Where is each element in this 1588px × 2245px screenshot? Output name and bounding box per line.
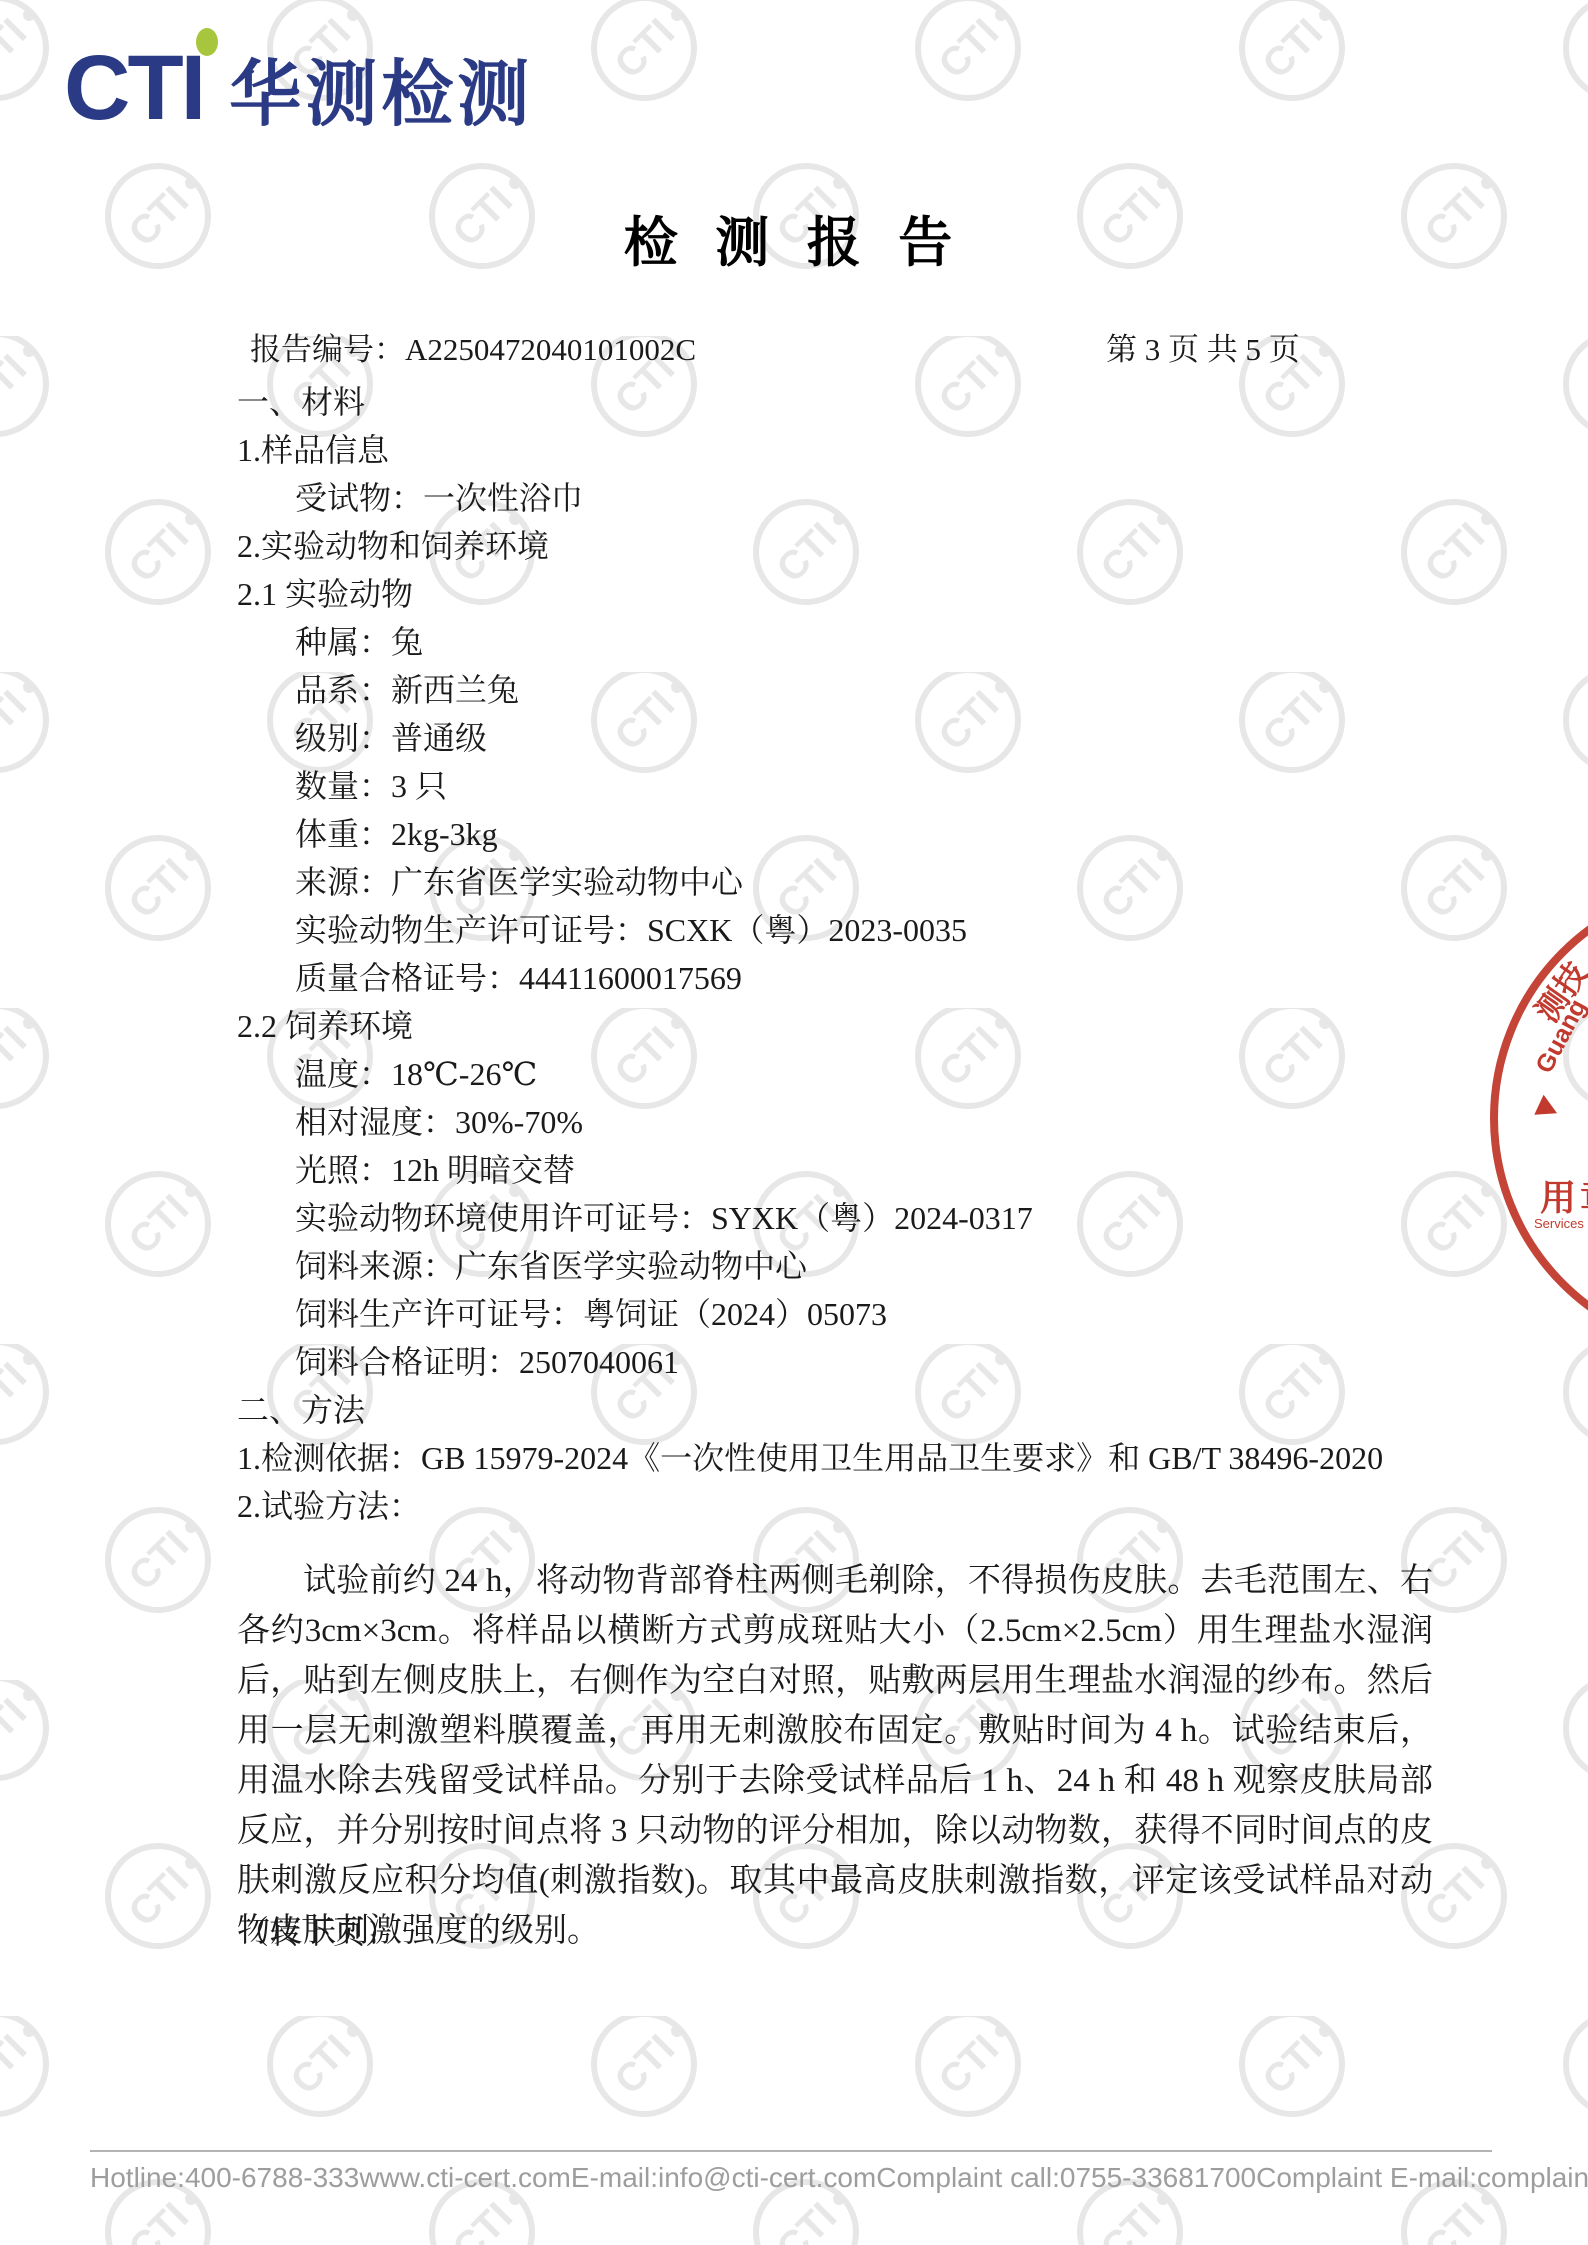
seal-text-bottom: 用章 [1540, 1170, 1588, 1221]
body-line: 饲料生产许可证号：粤饲证（2024）05073 [237, 1290, 1433, 1338]
body-line-text: 体重：2kg-3kg [295, 816, 498, 852]
footer-contact-item: Complaint E-mail:complaint@cti-cert.com [1256, 2162, 1588, 2194]
body-line: 光照：12h 明暗交替 [237, 1146, 1433, 1194]
body-line: 实验动物环境使用许可证号：SYXK（粤）2024-0317 [237, 1194, 1433, 1242]
body-line-text: 饲料来源：广东省医学实验动物中心 [295, 1248, 807, 1284]
body-line-text: 实验动物环境使用许可证号：SYXK（粤）2024-0317 [295, 1200, 1033, 1236]
body-line-text: 2.1 实验动物 [237, 576, 413, 612]
report-body: 一、材料 1.样品信息 受试物：一次性浴巾 2.实验动物和饲养环境 2.1 实验… [237, 378, 1433, 1530]
red-seal-stamp: 测技 Guang 用章 Services [1470, 930, 1588, 1300]
body-line-text: 种属：兔 [295, 624, 423, 660]
footer-contact-item: E-mail:info@cti-cert.com [571, 2162, 876, 2194]
body-line: 品系：新西兰兔 [237, 666, 1433, 714]
body-line-text: 相对湿度：30%-70% [295, 1104, 583, 1140]
method-paragraph: 试验前约 24 h，将动物背部脊柱两侧毛剃除，不得损伤皮肤。去毛范围左、右各约3… [237, 1556, 1433, 1956]
body-line: 受试物：一次性浴巾 [237, 474, 1433, 522]
body-line: 二、方法 [237, 1386, 1433, 1434]
body-line: 实验动物生产许可证号：SCXK（粤）2023-0035 [237, 906, 1433, 954]
body-line-text: 二、方法 [237, 1392, 365, 1428]
body-line-text: 2.实验动物和饲养环境 [237, 528, 549, 564]
seal-text-english-bottom: Services [1534, 1216, 1584, 1231]
body-line: 1.样品信息 [237, 426, 1433, 474]
cti-logo-green-dot-icon [196, 28, 218, 56]
body-line: 质量合格证号：44411600017569 [237, 954, 1433, 1002]
report-number: 报告编号：A2250472040101002C [250, 324, 696, 369]
cti-logo-chinese: 华测检测 [229, 59, 533, 131]
report-number-label: 报告编号： [250, 332, 405, 367]
report-page: CTI CTI CTI CTI 华测检测 [0, 0, 1588, 2245]
body-line: 2.试验方法： [237, 1482, 1433, 1530]
report-title: 检 测 报 告 [0, 200, 1588, 277]
body-line: 一、材料 [237, 378, 1433, 426]
body-line: 2.2 饲养环境 [237, 1002, 1433, 1050]
footer-divider [90, 2150, 1492, 2152]
body-line-text: 数量：3 只 [295, 768, 447, 804]
body-line-text: 一、材料 [237, 384, 365, 420]
seal-ring [1490, 880, 1588, 1356]
footer-contact-bar: Hotline:400-6788-333www.cti-cert.comE-ma… [90, 2162, 1500, 2194]
body-line: 级别：普通级 [237, 714, 1433, 762]
body-line: 1.检测依据：GB 15979-2024《一次性使用卫生用品卫生要求》和 GB/… [237, 1434, 1433, 1482]
continued-next-page-note: （转下页） [237, 1908, 397, 1956]
report-number-value: A2250472040101002C [405, 332, 696, 367]
body-line-text: 实验动物生产许可证号：SCXK（粤）2023-0035 [295, 912, 967, 948]
body-line: 饲料合格证明：2507040061 [237, 1338, 1433, 1386]
body-line: 种属：兔 [237, 618, 1433, 666]
body-line-text: 2.试验方法： [237, 1488, 421, 1524]
body-line-text: 1.检测依据：GB 15979-2024《一次性使用卫生用品卫生要求》和 GB/… [237, 1440, 1383, 1476]
body-line-text: 品系：新西兰兔 [295, 672, 519, 708]
cti-logo-letters: CTI [64, 42, 203, 134]
body-line-text: 来源：广东省医学实验动物中心 [295, 864, 743, 900]
body-line: 温度：18℃-26℃ [237, 1050, 1433, 1098]
body-line-text: 饲料生产许可证号：粤饲证（2024）05073 [295, 1296, 887, 1332]
body-line-text: 光照：12h 明暗交替 [295, 1152, 575, 1188]
body-line-text: 质量合格证号：44411600017569 [295, 960, 742, 996]
body-line-text: 受试物：一次性浴巾 [295, 480, 583, 516]
body-line-text: 2.2 饲养环境 [237, 1008, 413, 1044]
body-line: 数量：3 只 [237, 762, 1433, 810]
body-line: 饲料来源：广东省医学实验动物中心 [237, 1242, 1433, 1290]
page-indicator: 第 3 页 共 5 页 [1106, 324, 1300, 369]
body-line: 体重：2kg-3kg [237, 810, 1433, 858]
body-line: 2.实验动物和饲养环境 [237, 522, 1433, 570]
body-line-text: 温度：18℃-26℃ [295, 1056, 537, 1092]
body-line-text: 1.样品信息 [237, 432, 389, 468]
cti-logo-text: CTI [64, 37, 203, 139]
footer-contact-item: Hotline:400-6788-333 [90, 2162, 359, 2194]
report-meta-row: 报告编号：A2250472040101002C 第 3 页 共 5 页 [0, 324, 1588, 366]
footer-contact-item: Complaint call:0755-33681700 [876, 2162, 1256, 2194]
body-line: 2.1 实验动物 [237, 570, 1433, 618]
body-line-text: 级别：普通级 [295, 720, 487, 756]
footer-contact-item: www.cti-cert.com [359, 2162, 571, 2194]
body-line-text: 饲料合格证明：2507040061 [295, 1344, 679, 1380]
body-line: 相对湿度：30%-70% [237, 1098, 1433, 1146]
body-line: 来源：广东省医学实验动物中心 [237, 858, 1433, 906]
cti-logo: CTI 华测检测 [64, 42, 533, 134]
